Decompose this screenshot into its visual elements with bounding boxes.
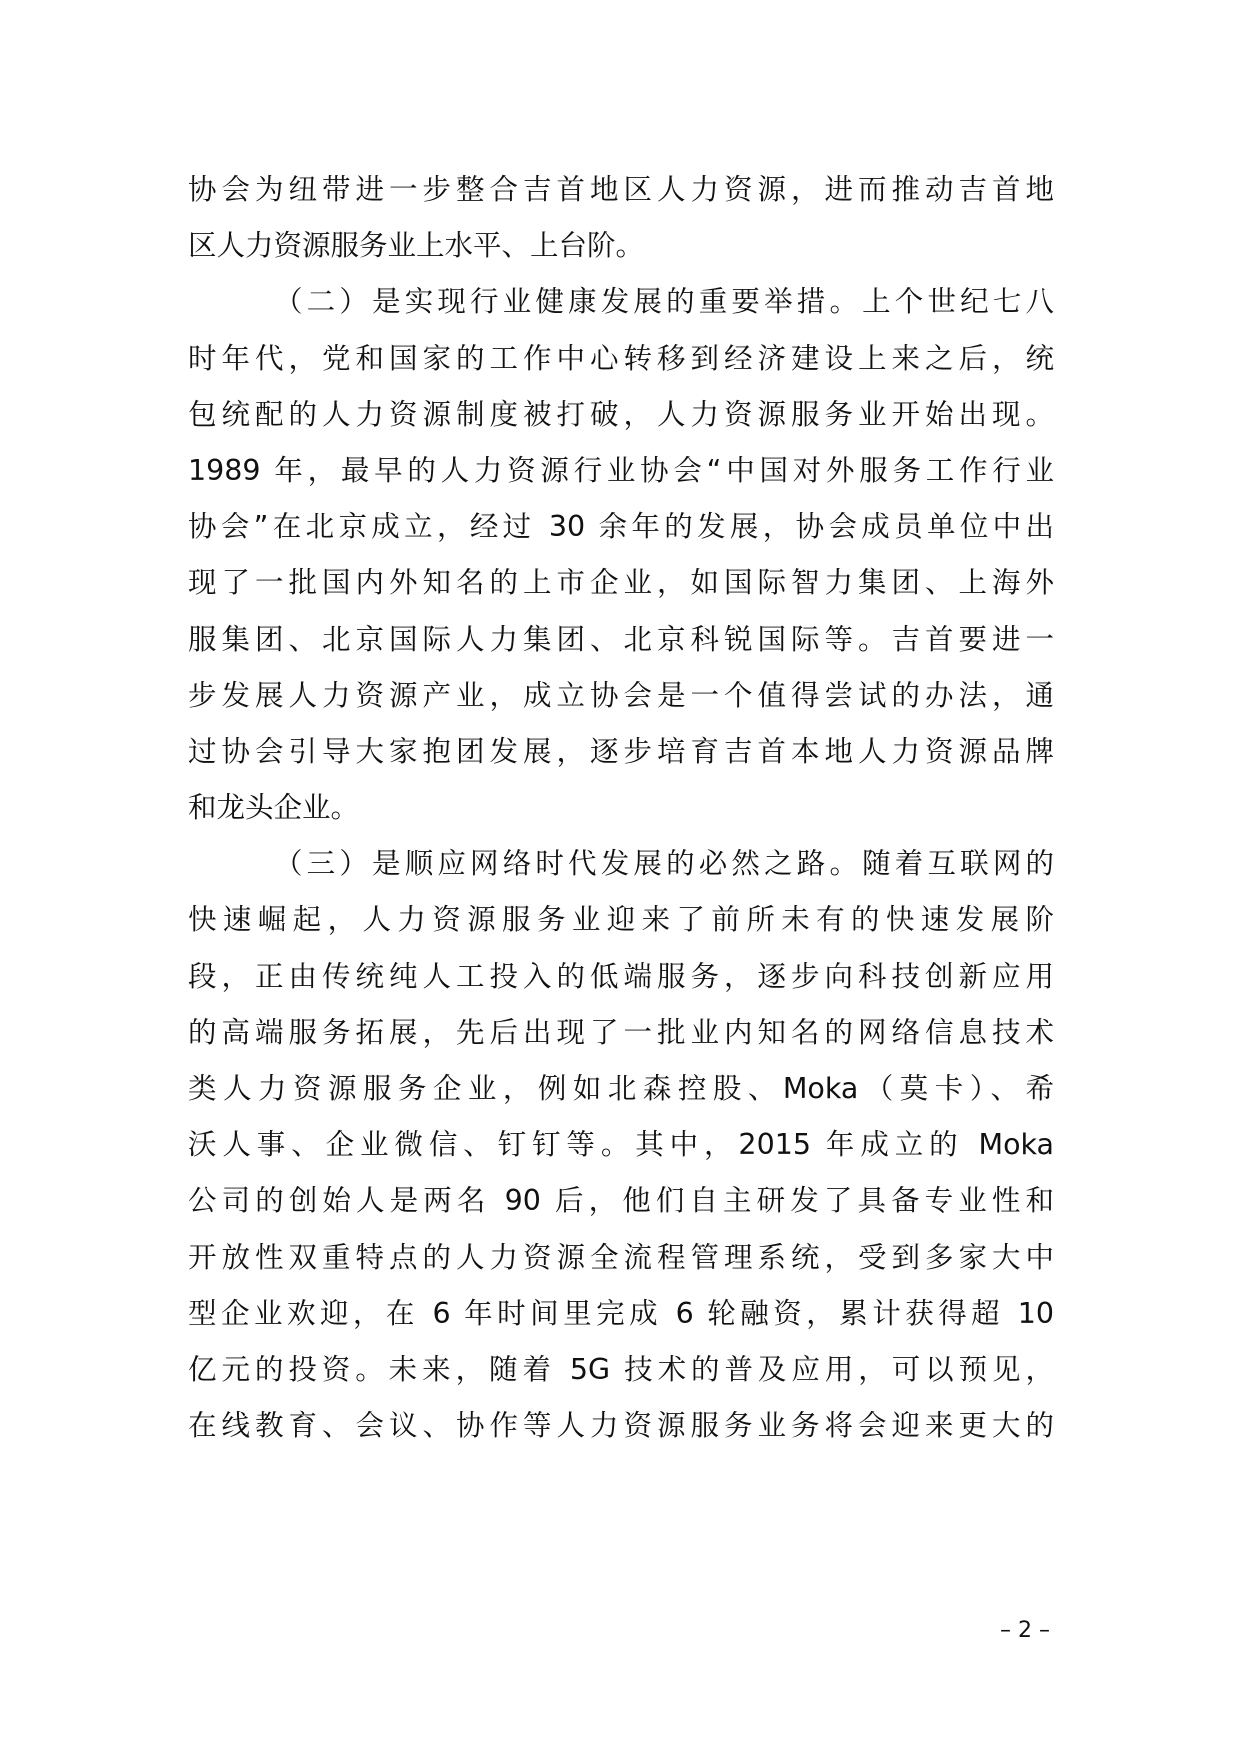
- text-line: 1989 年，最早的人力资源行业协会“中国对外服务工作行业: [188, 443, 1054, 499]
- text-line: 区人力资源服务业上水平、上台阶。: [188, 218, 1054, 274]
- text-line: 协会为纽带进一步整合吉首地区人力资源，进而推动吉首地: [188, 162, 1054, 218]
- body-text: 协会为纽带进一步整合吉首地区人力资源，进而推动吉首地区人力资源服务业上水平、上台…: [188, 162, 1054, 1454]
- text-line: 服集团、北京国际人力集团、北京科锐国际等。吉首要进一: [188, 612, 1054, 668]
- text-line: 类人力资源服务企业，例如北森控股、Moka（莫卡）、希: [188, 1061, 1054, 1117]
- text-line: 步发展人力资源产业，成立协会是一个值得尝试的办法，通: [188, 668, 1054, 724]
- text-line: 在线教育、会议、协作等人力资源服务业务将会迎来更大的: [188, 1398, 1054, 1454]
- text-line: 公司的创始人是两名 90 后，他们自主研发了具备专业性和: [188, 1173, 1054, 1229]
- text-line: 亿元的投资。未来，随着 5G 技术的普及应用，可以预见，: [188, 1342, 1054, 1398]
- document-page: 协会为纽带进一步整合吉首地区人力资源，进而推动吉首地区人力资源服务业上水平、上台…: [0, 0, 1240, 1753]
- text-line: 现了一批国内外知名的上市企业，如国际智力集团、上海外: [188, 555, 1054, 611]
- text-line: 协会”在北京成立，经过 30 余年的发展，协会成员单位中出: [188, 499, 1054, 555]
- text-line: （三）是顺应网络时代发展的必然之路。随着互联网的: [188, 836, 1054, 892]
- page-number: – 2 –: [1000, 1618, 1050, 1643]
- text-line: 沃人事、企业微信、钉钉等。其中，2015 年成立的 Moka: [188, 1117, 1054, 1173]
- text-line: 和龙头企业。: [188, 780, 1054, 836]
- text-line: 开放性双重特点的人力资源全流程管理系统，受到多家大中: [188, 1230, 1054, 1286]
- text-line: 时年代，党和国家的工作中心转移到经济建设上来之后，统: [188, 331, 1054, 387]
- text-line: （二）是实现行业健康发展的重要举措。上个世纪七八: [188, 274, 1054, 330]
- text-line: 包统配的人力资源制度被打破，人力资源服务业开始出现。: [188, 387, 1054, 443]
- text-line: 型企业欢迎，在 6 年时间里完成 6 轮融资，累计获得超 10: [188, 1286, 1054, 1342]
- text-line: 段，正由传统纯人工投入的低端服务，逐步向科技创新应用: [188, 949, 1054, 1005]
- text-line: 的高端服务拓展，先后出现了一批业内知名的网络信息技术: [188, 1005, 1054, 1061]
- text-line: 快速崛起，人力资源服务业迎来了前所未有的快速发展阶: [188, 892, 1054, 948]
- text-line: 过协会引导大家抱团发展，逐步培育吉首本地人力资源品牌: [188, 724, 1054, 780]
